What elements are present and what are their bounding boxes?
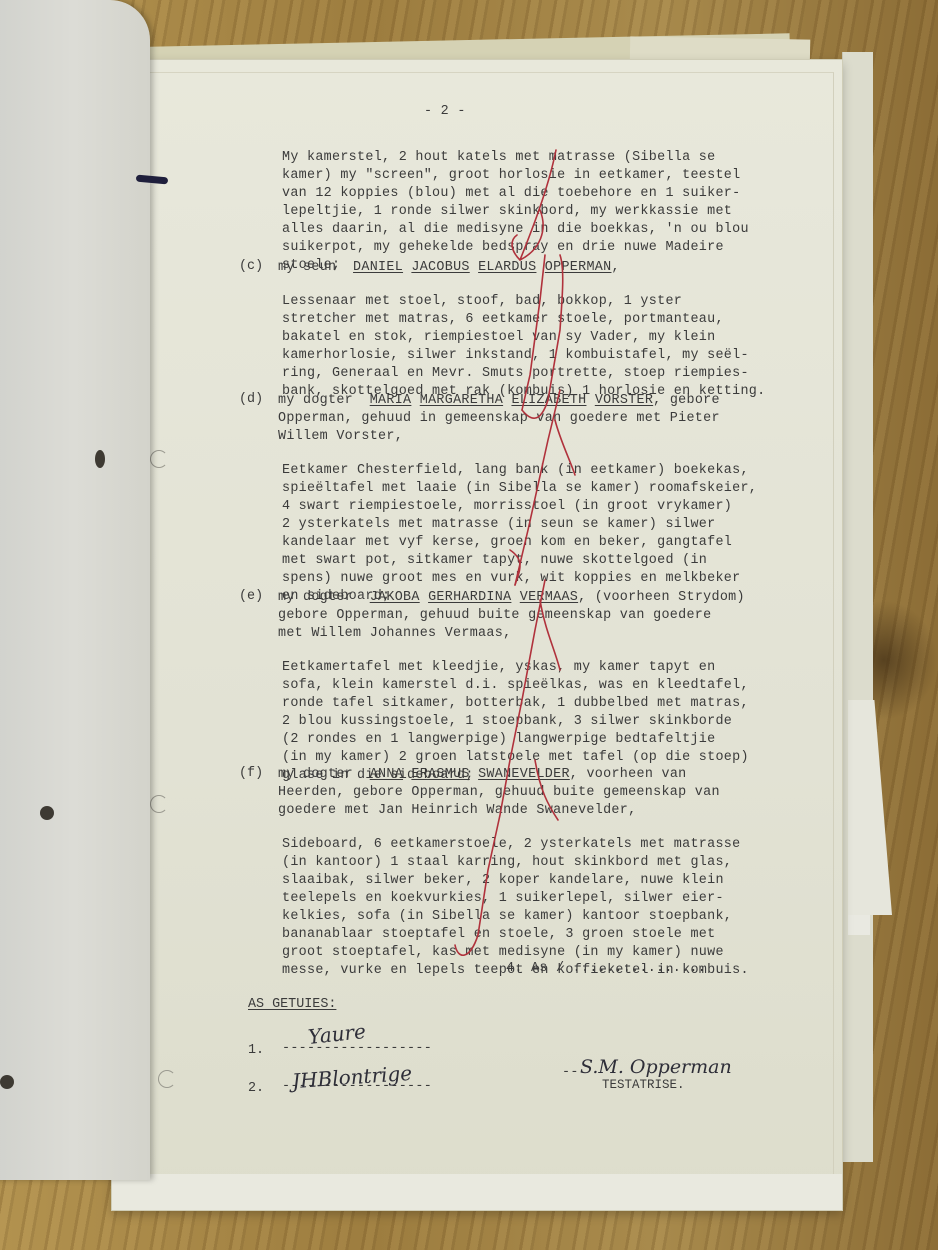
punch-hole bbox=[0, 1075, 14, 1089]
bequest-item-line: (in kantoor) 1 staal karring, hout skink… bbox=[282, 854, 732, 872]
bequest-item-line: stretcher met matras, 6 eetkamer stoele,… bbox=[282, 311, 724, 329]
bequest-label: (f) bbox=[239, 766, 263, 781]
bequest-item-line: ring, Generaal en Mevr. Smuts portrette,… bbox=[282, 365, 749, 383]
continuation-note: 4. As / ................ bbox=[506, 960, 706, 978]
heir-relation: my dogter bbox=[278, 590, 353, 605]
testatrix-signature: S.M. Opperman bbox=[580, 1056, 732, 1078]
heir-detail-line: Opperman, gehuud in gemeenskap van goede… bbox=[278, 410, 720, 428]
bequest-item-line: kelkies, sofa (in Sibella se kamer) kant… bbox=[282, 908, 732, 926]
stacked-sheets-edge bbox=[842, 52, 873, 1162]
bequest-item-line: (in my kamer) 2 groen latstoele met tafe… bbox=[282, 749, 749, 767]
bequest-item-line: Lessenaar met stoel, stoof, bad, bokkop,… bbox=[282, 293, 682, 311]
bequest-item-line: slaaibak, silwer beker, 2 koper kandelar… bbox=[282, 872, 724, 890]
heir-name-part: GERHARDINA bbox=[428, 590, 511, 605]
opening-line: lepeltjie, 1 ronde silwer skinkbord, my … bbox=[282, 203, 749, 221]
heir-detail-line: Willem Vorster, bbox=[278, 428, 403, 446]
bequest-item-line: sofa, klein kamerstel d.i. spieëlkas, wa… bbox=[282, 677, 749, 695]
bequest-item-line: spens) nuwe groot mes en vurk, wit koppi… bbox=[282, 570, 740, 588]
punch-mark bbox=[150, 795, 168, 813]
bequest-item-line: spieëltafel met laaie (in Sibella se kam… bbox=[282, 480, 757, 498]
bequest-item-line: 2 ysterkatels met matrasse (in seun se k… bbox=[282, 516, 715, 534]
heir-detail-line: goedere met Jan Heinrich Wande Swaneveld… bbox=[278, 802, 636, 820]
bequest-item-line: Sideboard, 6 eetkamerstoele, 2 ysterkate… bbox=[282, 836, 740, 854]
heir-name-part: JAKOBA bbox=[370, 590, 420, 605]
heir-name-part: JACOBUS bbox=[411, 260, 469, 275]
page-number: - 2 - bbox=[424, 103, 466, 121]
heir-heading: my dogter MARIA MARGARETHA ELIZABETH VOR… bbox=[278, 392, 720, 410]
bequest-item-line: teelepels en koekvurkies, 1 suikerlepel,… bbox=[282, 890, 724, 908]
heir-detail-line: gebore Opperman, gehuud buite gemeenskap… bbox=[278, 607, 711, 625]
heir-detail-line: met Willem Johannes Vermaas, bbox=[278, 625, 511, 643]
heir-relation: my dogter bbox=[278, 767, 353, 782]
page-bottom-edge bbox=[112, 1174, 842, 1210]
heir-name-part: ERASMUS bbox=[411, 767, 469, 782]
document-page: - 2 - My kamerstel, 2 hout katels met ma… bbox=[112, 60, 842, 1210]
bequest-item-line: kamerhorlosie, silwer inkstand, 1 kombui… bbox=[282, 347, 749, 365]
bequest-label: (e) bbox=[239, 589, 263, 604]
bequest-item-line: 4 swart riempiestoele, morrisstoel (in g… bbox=[282, 498, 732, 516]
witnesses-heading: AS GETUIES: bbox=[248, 997, 336, 1012]
opening-paragraph: My kamerstel, 2 hout katels met matrasse… bbox=[282, 149, 749, 275]
witness-2-number: 2. bbox=[248, 1081, 264, 1096]
torn-sheet-flap bbox=[848, 700, 892, 915]
heir-name-part: OPPERMAN bbox=[545, 260, 612, 275]
heir-detail-line: Heerden, gebore Opperman, gehuud buite g… bbox=[278, 784, 720, 802]
heir-name-suffix: , voorheen van bbox=[570, 767, 687, 782]
torn-sheet-flap-small bbox=[848, 915, 870, 935]
heir-name-part: DANIEL bbox=[353, 260, 403, 275]
opening-line: van 12 koppies (blou) met al die toebeho… bbox=[282, 185, 749, 203]
bequest-item-line: ronde tafel sitkamer, botterbak, 1 dubbe… bbox=[282, 695, 749, 713]
heir-name-part: MARIA bbox=[370, 393, 412, 408]
heir-name-part: ELARDUS bbox=[478, 260, 536, 275]
bequest-item-line: bananablaar stoeptafel en stoele, 3 groe… bbox=[282, 926, 715, 944]
heir-name-suffix: , (voorheen Strydom) bbox=[578, 590, 745, 605]
heir-name-part: ANNA bbox=[370, 767, 403, 782]
heir-relation: my dogter bbox=[278, 393, 353, 408]
bequest-item-line: Eetkamertafel met kleedjie, yskas, my ka… bbox=[282, 659, 715, 677]
punch-mark bbox=[150, 450, 168, 468]
heir-heading: my dogter ANNA ERASMUS SWANEVELDER, voor… bbox=[278, 766, 687, 784]
heir-relation: my seun bbox=[278, 260, 336, 275]
witness-1-number: 1. bbox=[248, 1043, 264, 1058]
punch-hole bbox=[95, 450, 105, 468]
bequest-item-line: met swart pot, sitkamer tapyt, nuwe skot… bbox=[282, 552, 707, 570]
opening-line: alles daarin, al die medisyne in die boe… bbox=[282, 221, 749, 239]
left-facing-page bbox=[0, 0, 150, 1180]
heir-heading: my seun DANIEL JACOBUS ELARDUS OPPERMAN, bbox=[278, 259, 620, 277]
bequest-label: (d) bbox=[239, 392, 263, 407]
heir-name-suffix: , bbox=[611, 260, 619, 275]
heir-heading: my dogter JAKOBA GERHARDINA VERMAAS, (vo… bbox=[278, 589, 745, 607]
opening-line: suikerpot, my gehekelde bedspray en drie… bbox=[282, 239, 749, 257]
testatrix-line: -- bbox=[562, 1065, 579, 1080]
opening-line: My kamerstel, 2 hout katels met matrasse… bbox=[282, 149, 749, 167]
bequest-item-line: kandelaar met vyf kerse, groen kom en be… bbox=[282, 534, 732, 552]
opening-line: kamer) my "screen", groot horlosie in ee… bbox=[282, 167, 749, 185]
bequest-item-line: 2 blou kussingstoele, 1 stoepbank, 3 sil… bbox=[282, 713, 732, 731]
heir-name-part: MARGARETHA bbox=[420, 393, 503, 408]
heir-name-part: VORSTER bbox=[595, 393, 653, 408]
bequest-item-line: bakatel en stok, riempiestoel van sy Vad… bbox=[282, 329, 715, 347]
bequest-item-line: (2 rondes en 1 langwerpige) langwerpige … bbox=[282, 731, 715, 749]
heir-name-part: SWANEVELDER bbox=[478, 767, 570, 782]
bequest-item-line: Eetkamer Chesterfield, lang bank (in eet… bbox=[282, 462, 749, 480]
testatrix-label: TESTATRISE. bbox=[602, 1078, 685, 1092]
heir-name-suffix: , gebore bbox=[653, 393, 720, 408]
heir-name-part: VERMAAS bbox=[520, 590, 578, 605]
punch-hole bbox=[40, 806, 54, 820]
heir-name-part: ELIZABETH bbox=[511, 393, 586, 408]
bequest-label: (c) bbox=[239, 259, 263, 274]
punch-mark bbox=[158, 1070, 176, 1088]
